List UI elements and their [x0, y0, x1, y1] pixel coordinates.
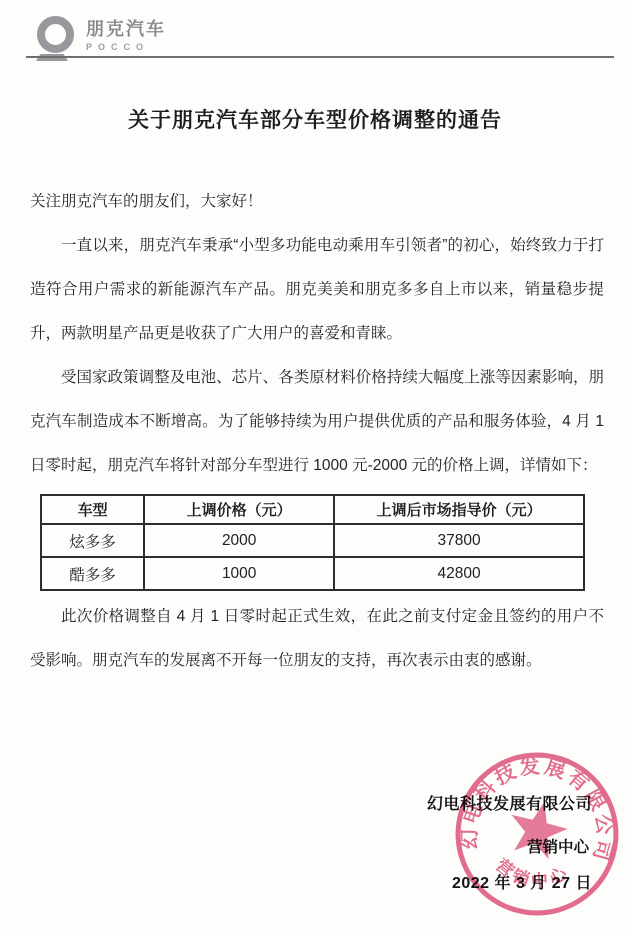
brand-text: 朋克汽车 POCCO [86, 19, 166, 52]
signature-block: 幻电科技发展有限公司 营销中心 2022 年 3 月 27 日 [427, 791, 592, 893]
notice-document: 朋克汽车 POCCO 关于朋克汽车部分车型价格调整的通告 关注朋克汽车的朋友们，… [0, 0, 630, 929]
brand-name-en: POCCO [86, 42, 166, 52]
notice-body: 关注朋克汽车的朋友们，大家好！ 一直以来，朋克汽车秉承“小型多功能电动乘用车引领… [30, 180, 604, 683]
signature-department: 营销中心 [427, 835, 589, 857]
brand-logo: 朋克汽车 POCCO [36, 16, 166, 61]
paragraph-effective: 此次价格调整自 4 月 1 日零时起正式生效，在此之前支付定金且签约的用户不受影… [30, 595, 604, 683]
page-title: 关于朋克汽车部分车型价格调整的通告 [0, 104, 630, 134]
table-row: 炫多多 2000 37800 [41, 524, 584, 557]
brand-name-cn: 朋克汽车 [86, 19, 166, 39]
cell-increase: 2000 [144, 524, 334, 557]
header-divider [26, 56, 614, 58]
signature-company: 幻电科技发展有限公司 [427, 791, 592, 814]
price-adjustment-table: 车型 上调价格（元） 上调后市场指导价（元） 炫多多 2000 37800 酷多… [40, 494, 585, 591]
pocco-ring-icon [36, 16, 76, 61]
cell-increase: 1000 [144, 557, 334, 590]
table-header-row: 车型 上调价格（元） 上调后市场指导价（元） [41, 495, 584, 524]
header-increase: 上调价格（元） [144, 495, 334, 524]
table-row: 酷多多 1000 42800 [41, 557, 584, 590]
cell-new-price: 37800 [334, 524, 584, 557]
signature-date: 2022 年 3 月 27 日 [427, 870, 592, 893]
ring-shape [37, 16, 74, 53]
greeting-line: 关注朋克汽车的朋友们，大家好！ [30, 180, 604, 224]
paragraph-reason: 受国家政策调整及电池、芯片、各类原材料价格持续大幅度上涨等因素影响，朋克汽车制造… [30, 356, 604, 488]
header-model: 车型 [41, 495, 144, 524]
cell-model: 炫多多 [41, 524, 144, 557]
paragraph-intro: 一直以来，朋克汽车秉承“小型多功能电动乘用车引领者”的初心，始终致力于打造符合用… [30, 224, 604, 356]
header-new-price: 上调后市场指导价（元） [334, 495, 584, 524]
cell-model: 酷多多 [41, 557, 144, 590]
cell-new-price: 42800 [334, 557, 584, 590]
